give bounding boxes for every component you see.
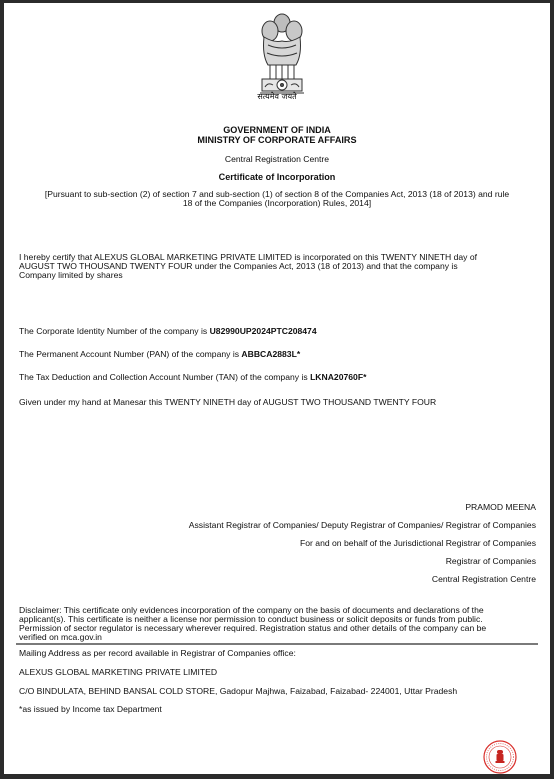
signatory-name: PRAMOD MEENA [465,502,536,512]
cin-label: The Corporate Identity Number of the com… [19,326,210,336]
cin-value: U82990UP2024PTC208474 [210,326,317,336]
disclaimer-line-4: verified on mca.gov.in [19,632,102,642]
page-title: Certificate of Incorporation [4,172,550,183]
emblem-motto: सत्यमेव जयते [4,92,550,102]
pan-value: ABBCA2883L* [241,349,300,359]
tan-label: The Tax Deduction and Collection Account… [19,372,310,382]
given-under-statement: Given under my hand at Manesar this TWEN… [19,397,436,407]
registration-centre: Central Registration Centre [4,154,550,164]
signatory-designation: Assistant Registrar of Companies/ Deputy… [189,520,536,530]
pursuant-clause-line-2: 18 of the Companies (Incorporation) Rule… [4,198,550,208]
certification-line-3: Company limited by shares [19,270,123,280]
cin-statement: The Corporate Identity Number of the com… [19,326,317,336]
mca-seal-icon [482,739,518,775]
ministry-heading: MINISTRY OF CORPORATE AFFAIRS [4,135,550,146]
pan-label: The Permanent Account Number (PAN) of th… [19,349,241,359]
government-heading: GOVERNMENT OF INDIA [4,125,550,136]
signatory-office: Registrar of Companies [446,556,536,566]
certificate-page: सत्यमेव जयते GOVERNMENT OF INDIA MINISTR… [4,3,550,774]
signatory-on-behalf: For and on behalf of the Jurisdictional … [300,538,536,548]
mailing-address: C/O BINDULATA, BEHIND BANSAL COLD STORE,… [19,686,457,696]
pan-tan-footnote: *as issued by Income tax Department [19,704,162,714]
section-divider [16,643,538,645]
mailing-company-name: ALEXUS GLOBAL MARKETING PRIVATE LIMITED [19,667,217,677]
tan-statement: The Tax Deduction and Collection Account… [19,372,366,382]
signatory-centre: Central Registration Centre [432,574,536,584]
tan-value: LKNA20760F* [310,372,366,382]
mailing-heading: Mailing Address as per record available … [19,648,296,658]
pan-statement: The Permanent Account Number (PAN) of th… [19,349,300,359]
